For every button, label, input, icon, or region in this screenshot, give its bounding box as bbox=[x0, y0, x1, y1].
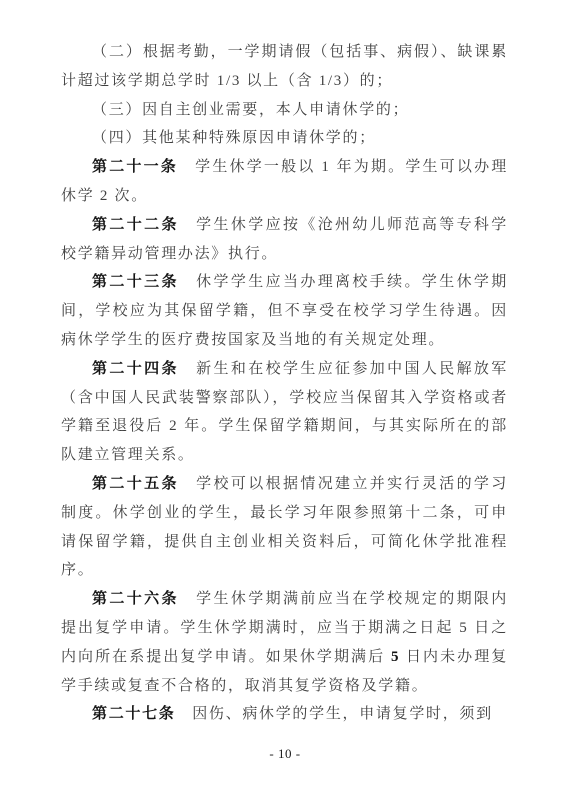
body-text: 因伤、病休学的学生，申请复学时，须到 bbox=[176, 706, 493, 722]
paragraph: 第二十六条 学生休学期满前应当在学校规定的期限内提出复学申请。学生休学期满时，应… bbox=[61, 585, 508, 700]
document-body: （二）根据考勤，一学期请假（包括事、病假）、缺课累计超过该学期总学时 1/3 以… bbox=[61, 38, 508, 729]
paragraph: （二）根据考勤，一学期请假（包括事、病假）、缺课累计超过该学期总学时 1/3 以… bbox=[61, 38, 508, 96]
paragraph: 第二十二条 学生休学应按《沧州幼儿师范高等专科学校学籍异动管理办法》执行。 bbox=[61, 211, 508, 269]
article-number: 5 bbox=[391, 649, 400, 665]
article-number: 第二十三条 bbox=[92, 274, 179, 290]
document-page: （二）根据考勤，一学期请假（包括事、病假）、缺课累计超过该学期总学时 1/3 以… bbox=[0, 0, 570, 794]
article-number: 第二十六条 bbox=[92, 591, 179, 607]
paragraph: （三）因自主创业需要，本人申请休学的； bbox=[61, 96, 508, 125]
paragraph: （四）其他某种特殊原因申请休学的； bbox=[61, 124, 508, 153]
body-text: （二）根据考勤，一学期请假（包括事、病假）、缺课累计超过该学期总学时 1/3 以… bbox=[61, 44, 508, 89]
article-number: 第二十一条 bbox=[92, 159, 178, 175]
paragraph: 第二十五条 学校可以根据情况建立并实行灵活的学习制度。休学创业的学生，最长学习年… bbox=[61, 470, 508, 585]
paragraph: 第二十一条 学生休学一般以 1 年为期。学生可以办理休学 2 次。 bbox=[61, 153, 508, 211]
article-number: 第二十二条 bbox=[92, 217, 179, 233]
article-number: 第二十七条 bbox=[92, 706, 176, 722]
article-number: 第二十五条 bbox=[92, 476, 179, 492]
paragraph: 第二十七条 因伤、病休学的学生，申请复学时，须到 bbox=[61, 700, 508, 729]
page-number: - 10 - bbox=[0, 744, 570, 764]
paragraph: 第二十四条 新生和在校学生应征参加中国人民解放军（含中国人民武装警察部队），学校… bbox=[61, 355, 508, 470]
article-number: 第二十四条 bbox=[92, 361, 179, 377]
paragraph: 第二十三条 休学学生应当办理离校手续。学生休学期间，学校应为其保留学籍，但不享受… bbox=[61, 268, 508, 354]
body-text: （四）其他某种特殊原因申请休学的； bbox=[92, 130, 376, 146]
body-text: （三）因自主创业需要，本人申请休学的； bbox=[92, 102, 409, 118]
